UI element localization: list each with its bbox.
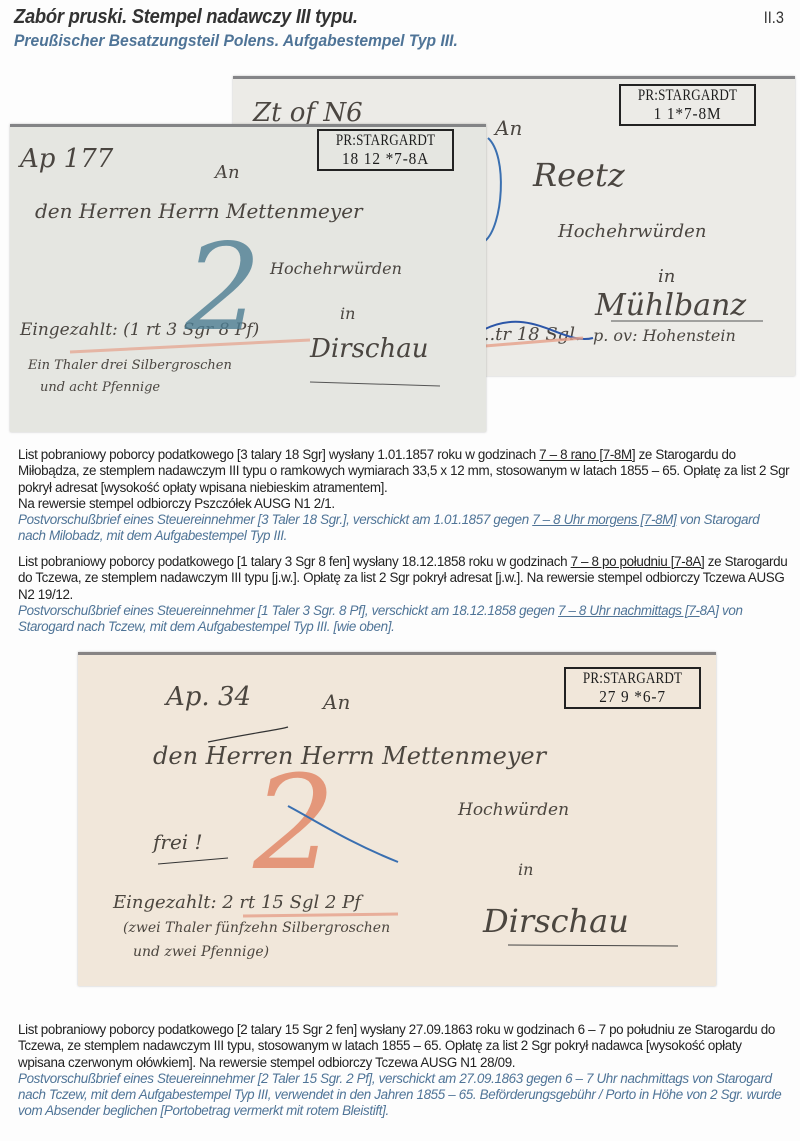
text: List pobraniowy poborcy podatkowego [1 t… — [18, 554, 571, 569]
text: List pobraniowy poborcy podatkowego [3 t… — [18, 447, 539, 462]
text: Postvorschußbrief eines Steuereinnehmer … — [18, 512, 532, 527]
handwritten-in: in — [518, 860, 533, 879]
description-pl: List pobraniowy poborcy podatkowego [3 t… — [18, 447, 790, 496]
envelope-edge — [233, 76, 795, 79]
time-underlined: 7 – 8 po południu [7-8A] — [571, 554, 705, 569]
page-title: Zabór pruski. Stempel nadawczy III typu. — [14, 6, 358, 29]
handwritten-amount-words: (zwei Thaler fünfzehn Silbergroschen — [123, 920, 390, 936]
handwritten-an: An — [323, 690, 350, 714]
page-subtitle: Preußischer Besatzungsteil Polens. Aufga… — [14, 31, 458, 51]
handwritten-an: An — [215, 162, 240, 183]
handwritten-destination: Dirschau — [483, 902, 629, 940]
stamp-date: 18 12 *7-8A — [331, 150, 440, 168]
description-cover-3: List pobraniowy poborcy podatkowego [2 t… — [18, 1022, 790, 1120]
stamp-date: 1 1*7-8M — [633, 105, 742, 123]
postmark-stamp: PR:STARGARDT 18 12 *7-8A — [317, 129, 454, 171]
handwritten-an: An — [495, 116, 522, 140]
description-pl: List pobraniowy poborcy podatkowego [2 t… — [18, 1022, 790, 1071]
text: List pobraniowy poborcy podatkowego [2 t… — [18, 1022, 775, 1070]
cover-dirschau-1863: PR:STARGARDT 27 9 *6-7 Ap. 34 An den Her… — [78, 652, 716, 986]
description-pl: List pobraniowy poborcy podatkowego [1 t… — [18, 554, 790, 603]
handwritten-amount-words: und acht Pfennige — [40, 380, 160, 395]
handwritten-in: in — [340, 304, 355, 323]
handwritten-destination: Mühlbanz — [595, 288, 746, 323]
handwritten-title: Hochehrwürden — [270, 259, 402, 278]
postage-due-marking: 2 — [185, 219, 261, 358]
cover-dirschau-1858: PR:STARGARDT 18 12 *7-8A Ap 177 An den H… — [10, 124, 486, 432]
description-de: Postvorschußbrief eines Steuereinnehmer … — [18, 512, 790, 545]
handwritten-destination: Dirschau — [310, 334, 429, 364]
handwritten-title: Hochwürden — [458, 800, 569, 820]
postmark-stamp: PR:STARGARDT 1 1*7-8M — [619, 84, 756, 126]
handwritten-in: in — [658, 266, 675, 287]
text: Postvorschußbrief eines Steuereinnehmer … — [18, 1071, 781, 1119]
handwritten-reference: Ap. 34 — [166, 682, 251, 712]
description-pl-extra: Na rewersie stempel odbiorczy Pszczółek … — [18, 496, 790, 512]
handwritten-name: Reetz — [533, 156, 625, 194]
handwritten-amount-words: Ein Thaler drei Silbergroschen — [28, 358, 232, 373]
envelope-edge — [10, 124, 486, 127]
envelope-edge — [78, 652, 716, 655]
handwritten-frei: frei ! — [153, 830, 203, 854]
stamp-town: PR:STARGARDT — [583, 671, 682, 688]
text: Postvorschußbrief eines Steuereinnehmer … — [18, 603, 558, 618]
time-underlined: 7 – 8 rano [7-8M] — [539, 447, 635, 462]
stamp-town: PR:STARGARDT — [336, 133, 435, 150]
handwritten-addressee: den Herren Herrn Mettenmeyer — [153, 742, 546, 770]
time-underlined: 7 – 8 Uhr nachmittags [7- — [558, 603, 700, 618]
stamp-town: PR:STARGARDT — [638, 88, 737, 105]
handwritten-reference: Ap 177 — [20, 144, 113, 174]
description-de: Postvorschußbrief eines Steuereinnehmer … — [18, 1071, 790, 1120]
postmark-stamp: PR:STARGARDT 27 9 *6-7 — [564, 667, 701, 709]
handwritten-title: Hochehrwürden — [558, 221, 706, 242]
stamp-date: 27 9 *6-7 — [578, 688, 687, 706]
page-number: II.3 — [764, 8, 784, 28]
handwritten-amount-words: und zwei Pfennige) — [133, 944, 269, 960]
handwritten-amount: ...tr 18 Sgl. — [478, 324, 581, 345]
postage-marking-red: 2 — [253, 747, 336, 899]
time-underlined: 7 – 8 Uhr morgens [7-8M] — [532, 512, 676, 527]
description-cover-2: List pobraniowy poborcy podatkowego [1 t… — [18, 554, 790, 635]
description-de: Postvorschußbrief eines Steuereinnehmer … — [18, 603, 790, 636]
handwritten-via: p. ov: Hohenstein — [593, 326, 736, 345]
description-cover-1: List pobraniowy poborcy podatkowego [3 t… — [18, 447, 790, 545]
